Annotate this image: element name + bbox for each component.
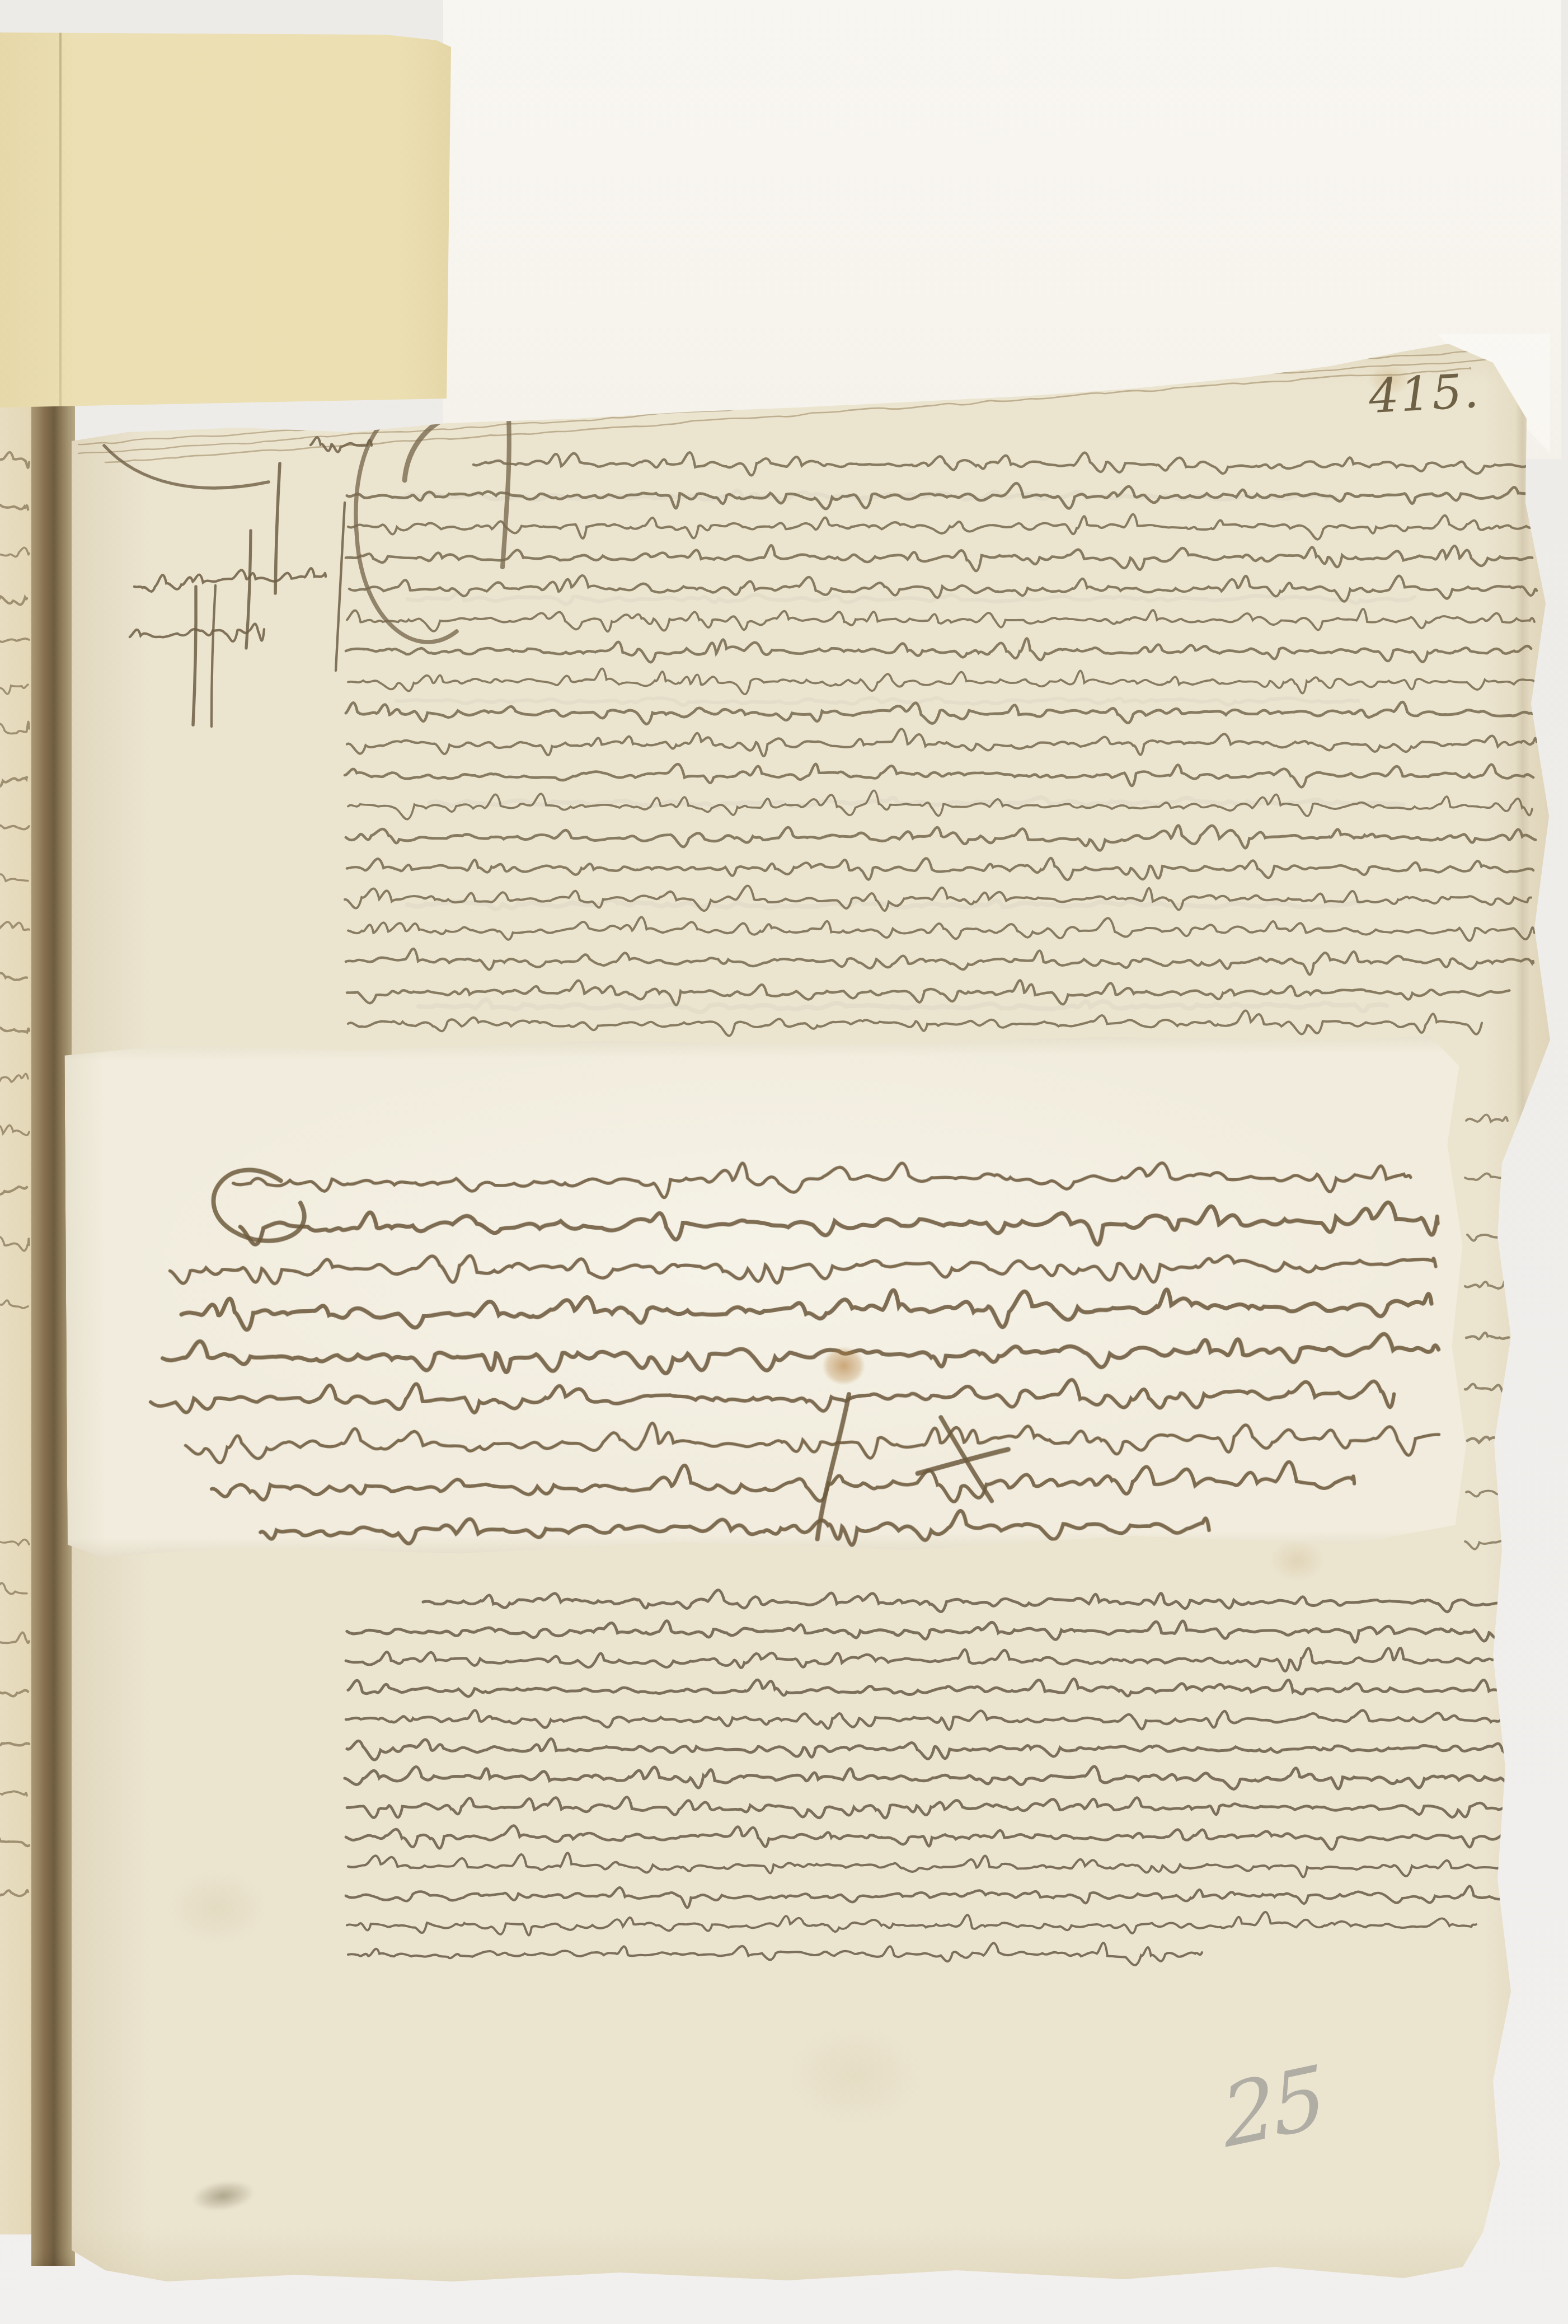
inserted-slip [64,1032,1478,1564]
page-crease [1515,379,1530,1163]
pencil-foliation: 25 [1218,2047,1327,2167]
slip-script-svg [64,1032,1478,1564]
tab-fold-line [59,28,62,409]
facing-page-sliver [0,387,36,2234]
bookmark-tab [0,0,453,410]
photo-backdrop: 415. 25 [0,0,1568,2324]
slip-stain [816,1341,871,1391]
page-number: 415. [1368,363,1482,424]
